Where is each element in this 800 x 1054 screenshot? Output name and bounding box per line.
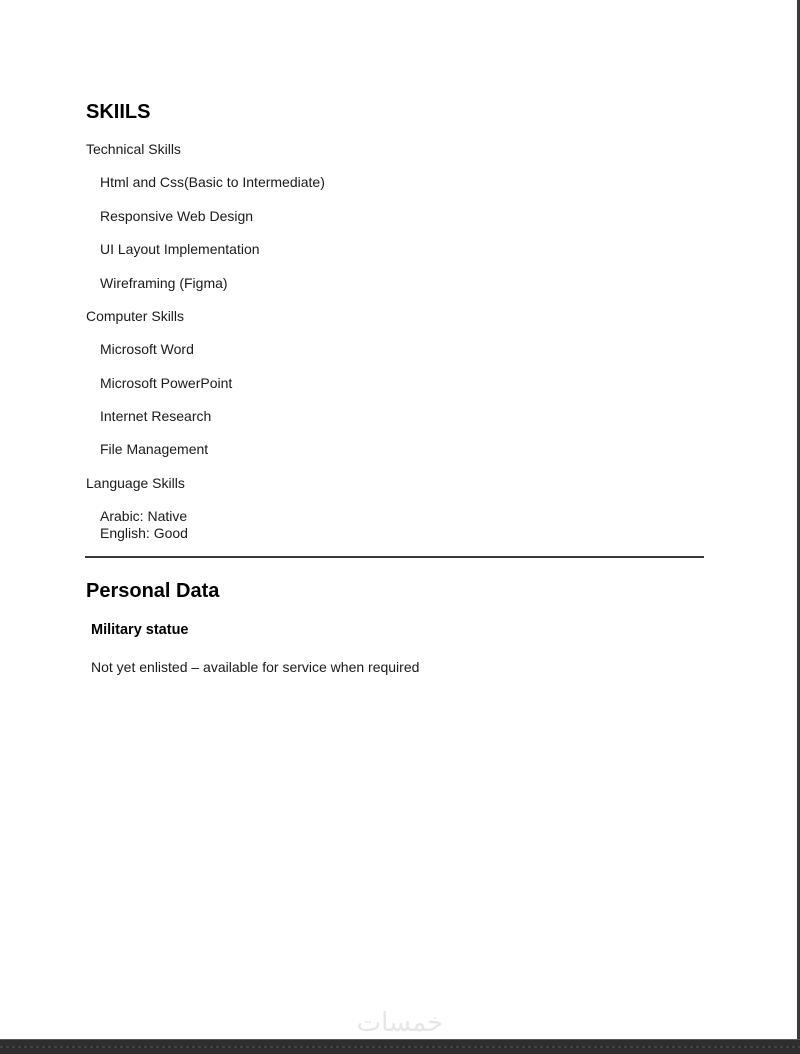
language-item: English: Good xyxy=(100,525,188,541)
document-page: SKIILS Technical Skills Html and Css(Bas… xyxy=(0,0,797,1039)
language-item: Arabic: Native xyxy=(100,508,187,524)
personal-data-heading: Personal Data xyxy=(86,580,219,603)
category-technical-skills: Technical Skills xyxy=(86,141,181,157)
skill-item: Internet Research xyxy=(100,408,211,424)
skill-item: Microsoft Word xyxy=(100,341,194,357)
section-divider xyxy=(85,556,704,558)
skill-item: Wireframing (Figma) xyxy=(100,275,228,291)
skill-item: Microsoft PowerPoint xyxy=(100,375,232,391)
military-status-label: Military statue xyxy=(91,622,189,638)
skill-item: File Management xyxy=(100,441,208,457)
category-computer-skills: Computer Skills xyxy=(86,308,184,324)
watermark-logo: خمسات xyxy=(350,1008,450,1038)
skill-item: Html and Css(Basic to Intermediate) xyxy=(100,174,325,190)
skill-item: UI Layout Implementation xyxy=(100,241,260,257)
skills-heading: SKIILS xyxy=(86,101,150,124)
military-status-value: Not yet enlisted – available for service… xyxy=(91,659,419,675)
viewer-bottom-bar xyxy=(0,1039,800,1054)
skill-item: Responsive Web Design xyxy=(100,208,253,224)
category-language-skills: Language Skills xyxy=(86,475,185,491)
